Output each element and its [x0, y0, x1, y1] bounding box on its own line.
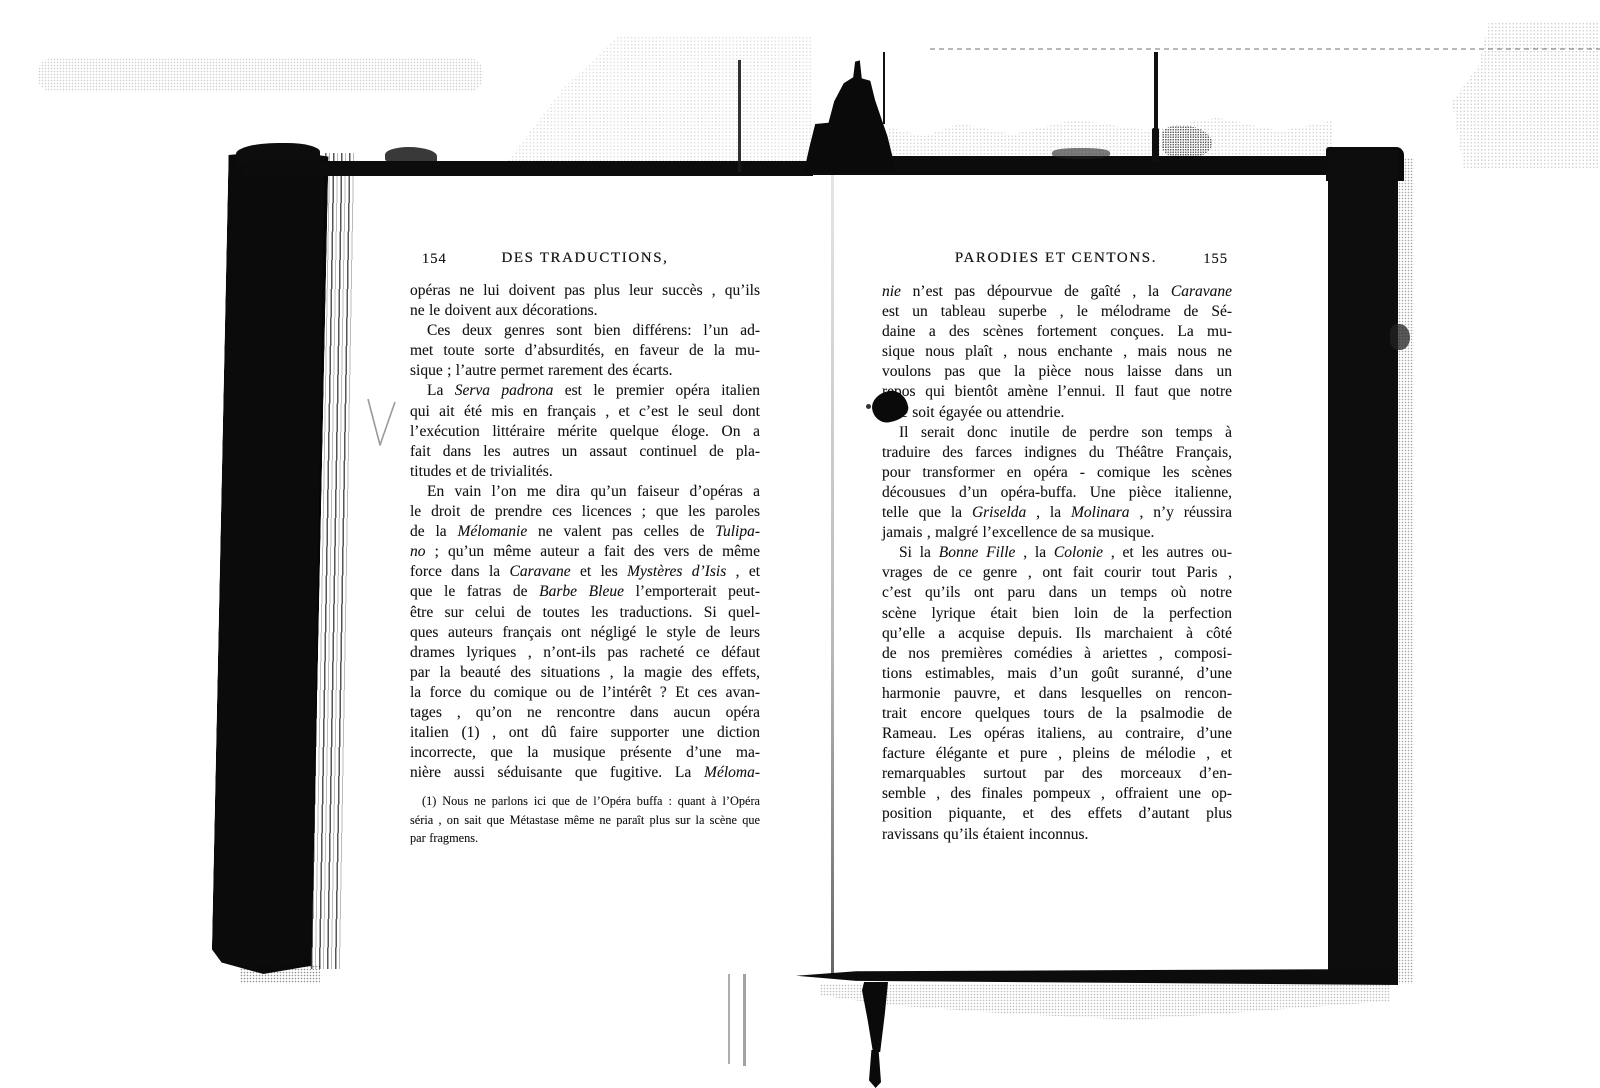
text-line: opéras ne lui doivent pas plus leur succ…	[410, 281, 760, 301]
text-line: c’est qu’ils ont paru dans un temps où n…	[882, 583, 1232, 603]
text-line: incorrecte, que la musique présente d’un…	[410, 743, 760, 763]
text-line: pour transformer en opéra - comique les …	[882, 463, 1232, 483]
text-line: drames lyriques , n’ont-ils pas racheté …	[410, 643, 760, 663]
text-line: no ; qu’un même auteur a fait des vers d…	[410, 542, 760, 562]
right-page-number: 155	[1203, 251, 1228, 268]
scan-ink-fuzz	[1390, 324, 1410, 350]
scan-ink-drip	[869, 1050, 881, 1088]
text-line: force dans la Caravane et les Mystères d…	[410, 562, 760, 582]
text-line: âme soit égayée ou attendrie.	[882, 403, 1232, 423]
right-page-body: nie n’est pas dépourvue de gaîté , la Ca…	[882, 282, 1232, 845]
scan-ink-blob	[800, 52, 895, 172]
scan-smudge	[1452, 22, 1600, 168]
scan-smudge	[240, 965, 320, 983]
text-line: nière aussi séduisante que fugitive. La …	[410, 763, 760, 783]
text-line: (1) Nous ne parlons ici que de l’Opéra b…	[410, 792, 760, 811]
text-line: italien (1) , ont dû faire supporter une…	[410, 723, 760, 743]
left-page-footnote: (1) Nous ne parlons ici que de l’Opéra b…	[410, 792, 760, 848]
left-page-number: 154	[422, 251, 447, 268]
text-line: est un tableau superbe , le mélodrame de…	[882, 302, 1232, 322]
scan-shadow	[820, 984, 1390, 1022]
text-line: ravissans qu’ils étaient inconnus.	[882, 825, 1232, 845]
text-line: voulons pas que la pièce nous laisse dan…	[882, 362, 1232, 382]
scan-line-artifact	[743, 974, 746, 1066]
book-left-page-edges	[211, 150, 328, 974]
ink-blot-speck	[866, 404, 871, 409]
text-line: traduire des farces indignes du Théâtre …	[882, 443, 1232, 463]
right-running-title: PARODIES ET CENTONS.	[882, 250, 1230, 267]
text-line: jamais , malgré l’excellence de sa musiq…	[882, 523, 1232, 543]
text-line: scène lyrique était bien loin de la perf…	[882, 604, 1232, 624]
book-top-edge-right	[810, 156, 1398, 175]
book-top-edge-left	[243, 161, 813, 176]
text-line: Il serait donc inutile de perdre son tem…	[882, 423, 1232, 443]
text-line: tages , qu’on ne rencontre dans aucun op…	[410, 703, 760, 723]
handwritten-v-mark	[364, 396, 400, 448]
text-line: sique ; l’autre permet rarement des écar…	[410, 361, 760, 381]
scan-smudge	[888, 110, 1333, 158]
scan-line-artifact	[738, 60, 741, 172]
text-line: met toute sorte d’absurdités, en faveur …	[410, 341, 760, 361]
scan-ink-drip	[862, 982, 888, 1052]
scan-ink-blob-body	[800, 52, 895, 172]
text-line: le droit de prendre ces licences ; que l…	[410, 502, 760, 522]
scan-smudge	[350, 36, 812, 162]
text-line: En vain l’on me dira qu’un faiseur d’opé…	[410, 482, 760, 502]
text-line: Rameau. Les opéras italiens, au contrair…	[882, 724, 1232, 744]
text-line: être sur celui de toutes les traductions…	[410, 603, 760, 623]
scan-hairline	[930, 48, 1600, 50]
text-line: ne le doivent aux décorations.	[410, 301, 760, 321]
text-line: ques auteurs français ont négligé le sty…	[410, 623, 760, 643]
text-line: titudes et de trivialités.	[410, 462, 760, 482]
text-line: Ces deux genres sont bien différens: l’u…	[410, 321, 760, 341]
text-line: l’exécution littéraire mérite quelque él…	[410, 422, 760, 442]
text-line: nie n’est pas dépourvue de gaîté , la Ca…	[882, 282, 1232, 302]
left-running-title: DES TRADUCTIONS,	[410, 250, 760, 267]
scan-line-artifact	[728, 974, 730, 1064]
text-line: La Serva padrona est le premier opéra it…	[410, 381, 760, 401]
text-line: de nos premières comédies à ariettes , c…	[882, 644, 1232, 664]
text-line: telle que la Griselda , la Molinara , n’…	[882, 503, 1232, 523]
text-line: qu’elle a acquise depuis. Ils marchaient…	[882, 624, 1232, 644]
text-line: vrages de ce genre , ont fait courir tou…	[882, 563, 1232, 583]
text-line: séria , on sait que Métastase même ne pa…	[410, 811, 760, 830]
text-line: remarquables surtout par des morceaux d’…	[882, 764, 1232, 784]
text-line: facture élégante et pure , pleins de mél…	[882, 744, 1232, 764]
scan-line-artifact	[1152, 128, 1159, 162]
text-line: par la beauté des situations , la magie …	[410, 663, 760, 683]
left-page-body: opéras ne lui doivent pas plus leur succ…	[410, 281, 760, 783]
book-right-page-edges	[1328, 150, 1398, 984]
text-line: Si la Bonne Fille , la Colonie , et les …	[882, 543, 1232, 563]
text-line: qui ait été mis en français , et c’est l…	[410, 402, 760, 422]
scanned-book-spread: 154 DES TRADUCTIONS, opéras ne lui doive…	[0, 0, 1600, 1088]
text-line: sique nous plaît , nous enchante , mais …	[882, 342, 1232, 362]
text-line: trait encore quelques tours de la psalmo…	[882, 704, 1232, 724]
scan-ink-blob-spike	[883, 52, 885, 124]
scan-ink-fuzz	[1052, 148, 1110, 159]
scan-smudge	[38, 58, 483, 92]
text-line: fait dans les autres un assaut continuel…	[410, 442, 760, 462]
text-line: daine a des scènes fortement conçues. La…	[882, 322, 1232, 342]
text-line: décousues d’un opéra-buffa. Une pièce it…	[882, 483, 1232, 503]
left-page-header: 154 DES TRADUCTIONS,	[410, 250, 760, 272]
text-line: que le fatras de Barbe Bleue l’emportera…	[410, 582, 760, 602]
scan-smudge	[1398, 158, 1414, 984]
text-line: de la Mélomanie ne valent pas celles de …	[410, 522, 760, 542]
text-line: semble , des finales pompeux , offraient…	[882, 784, 1232, 804]
text-line: repos qui bientôt amène l’ennui. Il faut…	[882, 382, 1232, 402]
book-gutter-line	[831, 172, 834, 974]
text-line: la force du comique ou de l’intérêt ? Et…	[410, 683, 760, 703]
text-line: position piquante, et des effets d’autan…	[882, 804, 1232, 824]
scan-ink-fuzz	[1162, 126, 1212, 158]
text-line: harmonie pauvre, et dans lesquelles on r…	[882, 684, 1232, 704]
right-page-header: PARODIES ET CENTONS. 155	[882, 250, 1230, 272]
text-line: par fragmens.	[410, 829, 760, 848]
text-line: tions estimables, mais d’un goût suranné…	[882, 664, 1232, 684]
